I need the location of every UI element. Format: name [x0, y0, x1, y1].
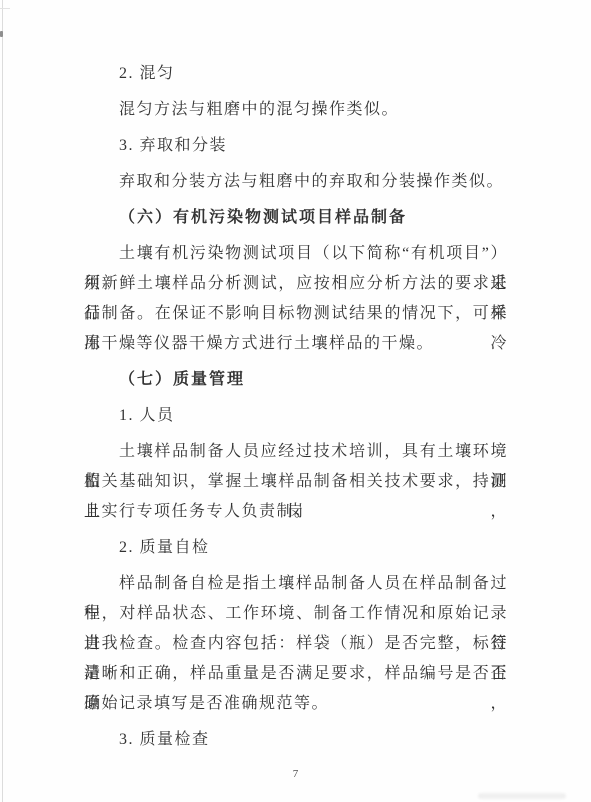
- text-line: 1. 人员: [84, 401, 508, 431]
- text-line: 样品制备自检是指土壤样品制备人员在样品制备过程: [84, 569, 508, 599]
- page-number: 7: [0, 768, 591, 780]
- paragraph: 土壤样品制备人员应经过技术培训，具有土壤环境监测相关基础知识，掌握土壤样品制备相…: [84, 437, 508, 527]
- text-line: 土壤样品制备人员应经过技术培训，具有土壤环境监测: [84, 437, 508, 467]
- numbered-item: 2. 混匀: [84, 59, 508, 89]
- text-line: 中，对样品状态、工作环境、制备工作情况和原始记录进行: [84, 599, 508, 629]
- text-line: （六）有机污染物测试项目样品制备: [84, 203, 508, 233]
- numbered-item: 3. 质量检查: [84, 725, 508, 755]
- text-line: 土壤有机污染物测试项目（以下简称“有机项目”）须采: [84, 239, 508, 269]
- scan-artifact-left-edge-line: [2, 0, 3, 802]
- text-line: 用新鲜土壤样品分析测试，应按相应分析方法的要求进行样: [84, 269, 508, 299]
- text-line: 清晰和正确，样品重量是否满足要求，样品编号是否正确，: [84, 659, 508, 689]
- numbered-item: 3. 弃取和分装: [84, 131, 508, 161]
- numbered-item: 1. 人员: [84, 401, 508, 431]
- section-heading: （七）质量管理: [84, 365, 508, 395]
- text-line: 2. 混匀: [84, 59, 508, 89]
- text-line: 自我检查。检查内容包括：样袋（瓶）是否完整，标签是否: [84, 629, 508, 659]
- document-page: 2. 混匀混匀方法与粗磨中的混匀操作类似。3. 弃取和分装弃取和分装方法与粗磨中…: [0, 0, 591, 802]
- paragraph: 样品制备自检是指土壤样品制备人员在样品制备过程中，对样品状态、工作环境、制备工作…: [84, 569, 508, 719]
- text-line: 相关基础知识，掌握土壤样品制备相关技术要求，持证上岗，: [84, 467, 508, 497]
- text-line: 3. 质量检查: [84, 725, 508, 755]
- text-line: 品制备。在保证不影响目标物测试结果的情况下，可采用冷: [84, 299, 508, 329]
- text-line: 弃取和分装方法与粗磨中的弃取和分装操作类似。: [84, 167, 508, 197]
- text-line: 3. 弃取和分装: [84, 131, 508, 161]
- numbered-item: 2. 质量自检: [84, 533, 508, 563]
- scan-artifact-top-tick: [0, 8, 10, 9]
- document-body: 2. 混匀混匀方法与粗磨中的混匀操作类似。3. 弃取和分装弃取和分装方法与粗磨中…: [84, 59, 508, 755]
- text-line: 2. 质量自检: [84, 533, 508, 563]
- text-line: 混匀方法与粗磨中的混匀操作类似。: [84, 95, 508, 125]
- section-heading: （六）有机污染物测试项目样品制备: [84, 203, 508, 233]
- paragraph: 弃取和分装方法与粗磨中的弃取和分装操作类似。: [84, 167, 508, 197]
- scan-artifact-watermark-smudge: [478, 793, 566, 799]
- paragraph: 土壤有机污染物测试项目（以下简称“有机项目”）须采用新鲜土壤样品分析测试，应按相…: [84, 239, 508, 359]
- text-line: （七）质量管理: [84, 365, 508, 395]
- scan-artifact-dark-mark: [0, 31, 3, 37]
- paragraph: 混匀方法与粗磨中的混匀操作类似。: [84, 95, 508, 125]
